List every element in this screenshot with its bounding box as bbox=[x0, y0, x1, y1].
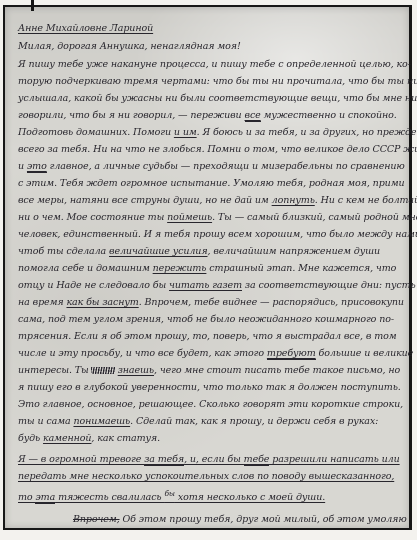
letter-text: то bbox=[18, 492, 35, 503]
letter-text: , и, если бы bbox=[184, 454, 244, 465]
underlined-text: понимаешь bbox=[73, 416, 130, 427]
underlined-text: лопнуть bbox=[272, 195, 315, 206]
letter-line: интересы. Тызнаешь, чего мне стоит писат… bbox=[18, 364, 400, 377]
letter-text: я пишу его в глубокой уверенности, что т… bbox=[18, 382, 401, 393]
underlined-text: это bbox=[27, 161, 47, 173]
underlined-text: тебе bbox=[244, 454, 270, 466]
letter-closing-line: Впрочем, Об этом прошу тебя, друг мой ми… bbox=[73, 513, 407, 526]
crossed-out-scribble bbox=[91, 367, 115, 374]
letter-text: торую подчеркиваю тремя чертами: что бы … bbox=[18, 76, 417, 87]
underlined-text: как бы заснут bbox=[66, 297, 138, 308]
letter-line: сама, под тем углом зрения, чтоб не было… bbox=[18, 313, 394, 326]
letter-line: все меры, натяни все струны души, но не … bbox=[18, 194, 417, 207]
letter-text: ты и сама bbox=[18, 416, 73, 427]
letter-text: всего за тебя. Ни на что не злобься. Пом… bbox=[18, 144, 417, 155]
letter-text-layer: Анне Михайловне ЛаринойМилая, дорогая Ан… bbox=[5, 7, 409, 528]
underlined-text: читать газет bbox=[169, 280, 242, 291]
letter-salutation: Милая, дорогая Аннушка, ненаглядная моя! bbox=[18, 40, 241, 53]
underlined-text: и им bbox=[174, 127, 197, 138]
letter-line: я пишу его в глубокой уверенности, что т… bbox=[18, 381, 401, 394]
underlined-text: пережить bbox=[153, 263, 207, 274]
letter-text: сама, под тем углом зрения, чтоб не было… bbox=[18, 314, 394, 325]
letter-text: Об этом прошу тебя, друг мой милый, об э… bbox=[120, 514, 407, 525]
underlined-text: знаешь bbox=[118, 365, 154, 376]
letter-line: то эта тяжесть свалилась бы хотя несколь… bbox=[18, 487, 325, 504]
letter-text: разрешили написать или bbox=[269, 454, 399, 465]
struck-out-text: Впрочем, bbox=[73, 514, 120, 525]
letter-recipient-line: Анне Михайловне Лариной bbox=[18, 22, 153, 35]
letter-text: хотя несколько с моей души. bbox=[175, 492, 325, 503]
letter-text: все меры, натяни все струны души, но не … bbox=[18, 195, 272, 206]
letter-line: говорили, что бы я ни говорил, — пережив… bbox=[18, 109, 397, 122]
underlined-text: все bbox=[245, 110, 261, 122]
letter-text: , чего мне стоит писать тебе такое письм… bbox=[154, 365, 400, 376]
scanned-letter-screenshot: { "document": { "type": "handwritten-let… bbox=[0, 0, 417, 540]
letter-text: Милая, дорогая Аннушка, ненаглядная моя! bbox=[18, 41, 241, 52]
letter-text: и bbox=[18, 161, 27, 172]
letter-text: на время bbox=[18, 297, 66, 308]
letter-text: помогла себе и домашним bbox=[18, 263, 153, 274]
letter-text: . Ни с кем не болтай bbox=[315, 195, 417, 206]
letter-text: Я — в огромной тревоге bbox=[18, 454, 144, 465]
letter-text: говорили, что бы я ни говорил, — пережив… bbox=[18, 110, 245, 121]
stray-mark-tick bbox=[31, 0, 34, 11]
letter-text: трясения. Если я об этом прошу, то, пове… bbox=[18, 331, 397, 342]
letter-text: . Ты — самый близкий, самый родной мне bbox=[212, 212, 417, 223]
letter-text: главное, а личные судьбы — преходящи и м… bbox=[47, 161, 405, 172]
letter-text: человек, единственный. И я тебя прошу вс… bbox=[18, 229, 417, 240]
letter-text: числе и эту просьбу, и что все будет, ка… bbox=[18, 348, 267, 359]
letter-text: . Впрочем, тебе виднее — распорядись, пр… bbox=[139, 297, 404, 308]
letter-text: Подготовь домашних. Помоги bbox=[18, 127, 174, 138]
letter-text: , как статуя. bbox=[91, 433, 160, 444]
letter-line: ты и сама понимаешь. Сделай так, как я п… bbox=[18, 415, 378, 428]
letter-line: помогла себе и домашним пережить страшны… bbox=[18, 262, 396, 275]
letter-text: будь bbox=[18, 433, 43, 444]
letter-text: , величайшим напряжением души bbox=[208, 246, 381, 257]
letter-line: всего за тебя. Ни на что не злобься. Пом… bbox=[18, 143, 417, 156]
letter-line: передать мне несколько успокоительных сл… bbox=[18, 470, 394, 483]
underlined-text: за тебя bbox=[144, 454, 184, 466]
underlined-text: требуют bbox=[267, 348, 316, 360]
letter-text: за соответствующие дни: пусть bbox=[242, 280, 416, 291]
letter-text: Я пишу тебе уже накануне процесса, и пиш… bbox=[18, 59, 411, 70]
letter-line: услышала, какой бы ужасны ни были соотве… bbox=[18, 92, 417, 105]
letter-line: и это главное, а личные судьбы — преходя… bbox=[18, 160, 405, 173]
letter-text: ни о чем. Мое состояние ты bbox=[18, 212, 167, 223]
letter-text: интересы. Ты bbox=[18, 365, 89, 376]
letter-text: тяжесть свалилась bbox=[55, 492, 164, 503]
letter-text: большие и великие bbox=[316, 348, 414, 359]
letter-line: чтоб ты сделала величайшие усилия, велич… bbox=[18, 245, 380, 258]
letter-text: чтоб ты сделала bbox=[18, 246, 109, 257]
inserted-word: бы bbox=[164, 489, 175, 498]
letter-text: передать мне несколько успокоительных сл… bbox=[18, 471, 394, 482]
letter-line: числе и эту просьбу, и что все будет, ка… bbox=[18, 347, 413, 360]
letter-text: Это главное, основное, решающее. Сколько… bbox=[18, 399, 403, 410]
letter-line: будь каменной, как статуя. bbox=[18, 432, 160, 445]
letter-line: Я — в огромной тревоге за тебя, и, если … bbox=[18, 453, 400, 466]
letter-text: с этим. Тебя ждет огромное испытание. Ум… bbox=[18, 178, 405, 189]
letter-line: отцу и Наде не следовало бы читать газет… bbox=[18, 279, 416, 292]
underlined-text: эта bbox=[35, 492, 55, 504]
underlined-text: каменной bbox=[43, 433, 91, 444]
letter-text: мужественно и спокойно. bbox=[261, 110, 397, 121]
letter-text: услышала, какой бы ужасны ни были соотве… bbox=[18, 93, 417, 104]
letter-line: на время как бы заснут. Впрочем, тебе ви… bbox=[18, 296, 404, 309]
letter-text: . Сделай так, как я прошу, и держи себя … bbox=[130, 416, 378, 427]
letter-text: страшный этап. Мне кажется, что bbox=[206, 263, 396, 274]
letter-line: торую подчеркиваю тремя чертами: что бы … bbox=[18, 75, 417, 88]
letter-scan-page: Анне Михайловне ЛаринойМилая, дорогая Ан… bbox=[3, 5, 412, 530]
letter-line: ни о чем. Мое состояние ты поймешь. Ты —… bbox=[18, 211, 417, 224]
letter-line: с этим. Тебя ждет огромное испытание. Ум… bbox=[18, 177, 405, 190]
underlined-text: поймешь bbox=[167, 212, 212, 223]
letter-line: Это главное, основное, решающее. Сколько… bbox=[18, 398, 403, 411]
underlined-text: величайшие усилия bbox=[109, 246, 207, 257]
underlined-text: Анне Михайловне Лариной bbox=[18, 23, 153, 34]
letter-line: Подготовь домашних. Помоги и им. Я боюсь… bbox=[18, 126, 416, 139]
letter-text: . Я боюсь и за тебя, и за других, но пре… bbox=[197, 127, 417, 138]
letter-text: отцу и Наде не следовало бы bbox=[18, 280, 169, 291]
letter-line: Я пишу тебе уже накануне процесса, и пиш… bbox=[18, 58, 411, 71]
letter-line: трясения. Если я об этом прошу, то, пове… bbox=[18, 330, 397, 343]
letter-line: человек, единственный. И я тебя прошу вс… bbox=[18, 228, 417, 241]
